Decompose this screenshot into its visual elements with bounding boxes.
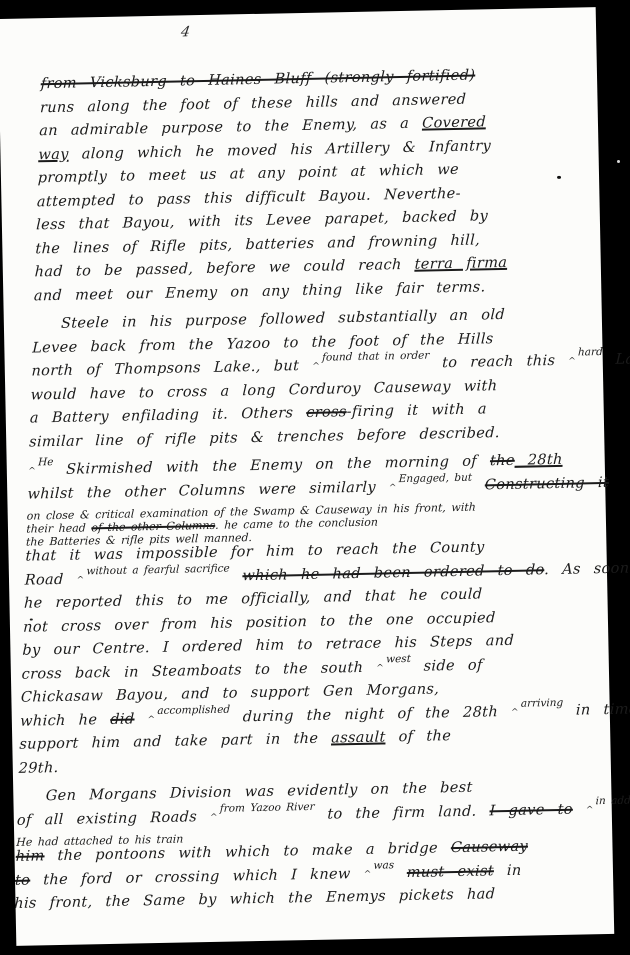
text-segment: of the bbox=[385, 728, 451, 745]
text-segment: Steele in his purpose followed substanti… bbox=[61, 307, 506, 332]
text-segment: . As soon as bbox=[544, 559, 630, 577]
text-segment: Road bbox=[24, 571, 76, 588]
text-segment bbox=[134, 711, 147, 727]
struck-text: I gave to bbox=[489, 801, 573, 819]
struck-text: from Vicksburg to Haines Bluff (strongly… bbox=[40, 68, 475, 93]
scan-speck bbox=[30, 619, 33, 621]
text-segment bbox=[472, 477, 485, 493]
inserted-text: He bbox=[28, 456, 53, 469]
inserted-text: without a fearful sacrifice bbox=[77, 562, 230, 577]
struck-text: to bbox=[15, 872, 31, 888]
text-segment: in time to bbox=[563, 700, 630, 718]
page-number: 4 bbox=[180, 24, 191, 40]
text-segment: which he bbox=[20, 711, 111, 729]
inserted-text: in addition to bbox=[586, 793, 630, 807]
inserted-text: from Yazoo River bbox=[210, 800, 315, 814]
text-segment bbox=[573, 801, 586, 817]
underlined-text: way bbox=[38, 146, 69, 163]
text-segment bbox=[229, 568, 242, 584]
underlined-text: 28th bbox=[515, 452, 563, 469]
scan-background: { "page": { "number": "4", "paper_color"… bbox=[0, 0, 630, 955]
text-segment: side of bbox=[410, 657, 483, 674]
inserted-text: found that in order bbox=[312, 349, 429, 363]
inserted-text: accomplished bbox=[148, 703, 231, 717]
struck-text: him bbox=[16, 848, 45, 865]
underlined-text: assault bbox=[331, 729, 386, 746]
text-segment: of all existing Roads bbox=[17, 808, 211, 828]
text-segment: -firing it with a bbox=[346, 401, 487, 420]
inserted-text: west bbox=[376, 652, 411, 665]
scan-speck bbox=[617, 160, 620, 163]
text-segment: 29th. bbox=[18, 760, 58, 777]
inserted-text: hard bbox=[568, 346, 603, 359]
underlined-text: terra firma bbox=[414, 255, 507, 273]
underlined-text: Covered bbox=[422, 114, 486, 131]
inserted-text: arriving bbox=[511, 696, 563, 709]
struck-text: the bbox=[490, 453, 515, 470]
manuscript-text: from Vicksburg to Haines Bluff (strongly… bbox=[14, 65, 607, 920]
scan-frame: 4 from Vicksburg to Haines Bluff (strong… bbox=[0, 0, 630, 955]
text-segment: Land he bbox=[602, 350, 630, 368]
inserted-text: Engaged, but bbox=[389, 471, 472, 485]
struck-text: did bbox=[110, 711, 135, 728]
inserted-text: was bbox=[364, 859, 395, 872]
manuscript-page: 4 from Vicksburg to Haines Bluff (strong… bbox=[0, 7, 614, 946]
struck-text: Constructing it bbox=[485, 474, 610, 493]
struck-text: cross bbox=[306, 404, 347, 421]
scan-speck bbox=[557, 176, 561, 179]
text-segment bbox=[394, 865, 407, 881]
struck-text: Causeway bbox=[451, 839, 529, 857]
text-segment: in bbox=[494, 862, 522, 879]
text-segment: to reach this bbox=[429, 353, 569, 372]
struck-text: must exist bbox=[407, 863, 495, 881]
text-segment: their head bbox=[26, 521, 91, 535]
text-segment: to the firm land. bbox=[314, 803, 490, 823]
